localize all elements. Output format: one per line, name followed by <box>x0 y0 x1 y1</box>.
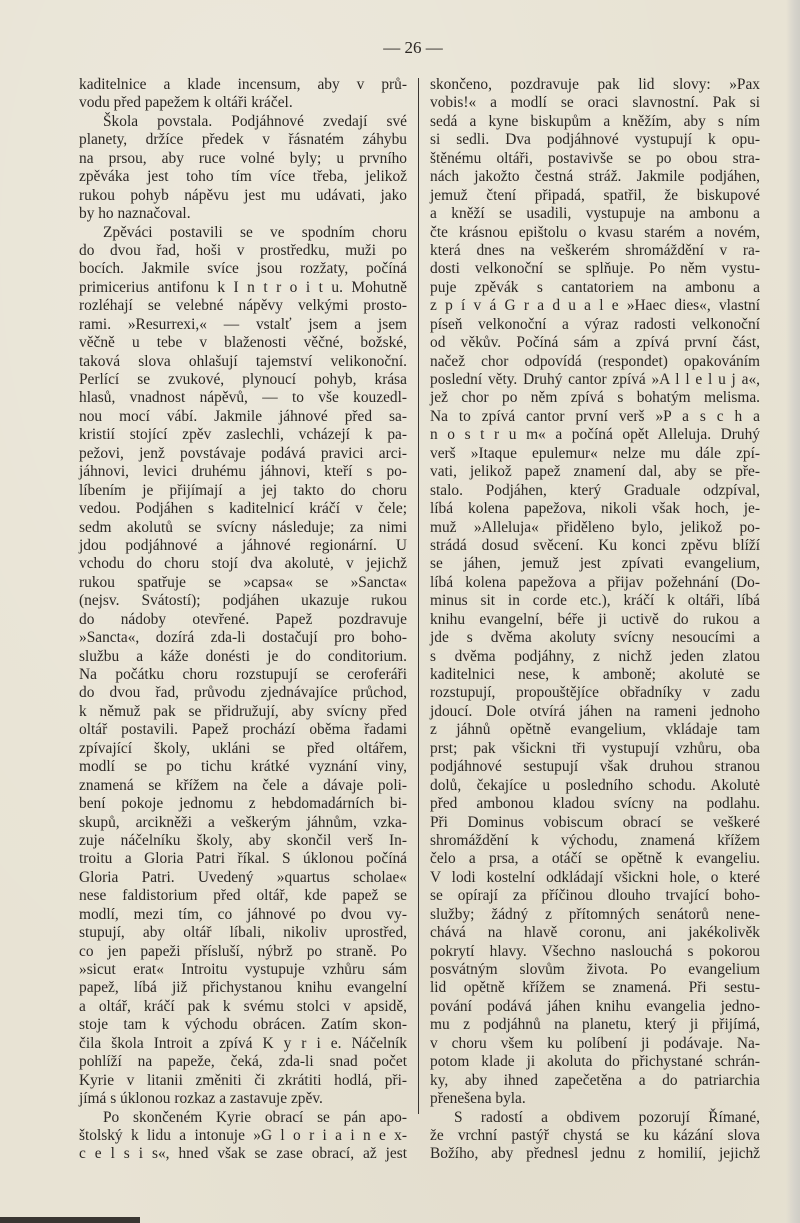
text-line: Po skončeném Kyrie obrací se pán apo- <box>79 1109 407 1127</box>
text-line: troitu a Gloria Patri říkal. S úklonou p… <box>79 850 407 868</box>
text-line: dolů, čekajíce u posledního schodu. Akol… <box>430 777 760 795</box>
text-line: potom klade ji akoluta do přichystané sc… <box>430 1053 760 1071</box>
text-line: zpěváka jest toho tím více třeba, jeliko… <box>79 168 407 186</box>
scanned-page: — 26 — kaditelnice a klade incensum, aby… <box>0 0 800 1223</box>
text-line: nou mocí vábí. Jakmile jáhnové před sa- <box>79 408 407 426</box>
text-line: modlí se po tichu krátké vyznání viny, <box>79 758 407 776</box>
text-line: Perlící se zvukové, plynoucí pohyb, krás… <box>79 371 407 389</box>
page-edge <box>786 0 800 1223</box>
text-line: V lodi kostelní odkládají všickni hole, … <box>430 869 760 887</box>
right-column: skončeno, pozdravuje pak lid slovy: »Pax… <box>430 76 760 1164</box>
text-line: shromáždění k východu, znamená křížem <box>430 832 760 850</box>
text-line: jáhnovi, levici druhému jáhnovi, kteří s… <box>79 463 407 481</box>
text-line: prst; pak všickni tři vystupují vzhůru, … <box>430 740 760 758</box>
text-line: do nádoby otevřené. Papež pozdravuje <box>79 611 407 629</box>
text-line: modlí, mezi tím, co jáhnové po dvou vy- <box>79 906 407 924</box>
text-line: přenešena byla. <box>430 1090 760 1108</box>
text-line: službu a káže donésti je do conditorium. <box>79 648 407 666</box>
text-line: chává na hlavě coronu, ani jakékolivěk <box>430 924 760 942</box>
text-line: verš »Itaque epulemur« nelze mu dále zpí… <box>430 445 760 463</box>
page-bottom-edge <box>0 1217 140 1223</box>
text-line: Při Dominus vobiscum obrací se veškeré <box>430 814 760 832</box>
text-line: stupují, aby oltář líbali, nikoliv upros… <box>79 924 407 942</box>
text-line: bocích. Jakmile svíce jsou rozžaty, počí… <box>79 260 407 278</box>
text-line: skupů, arcikněži a veškerým jáhnům, vzka… <box>79 814 407 832</box>
text-line: hlasů, vnadnost nápěvů, — to vše kouzedl… <box>79 389 407 407</box>
text-line: »sicut erat« Introitu vystupuje vzhůru s… <box>79 961 407 979</box>
text-line: n o s t r u m« a počíná opět Alleluja. D… <box>430 426 760 444</box>
text-line: štolský k lidu a intonuje »G l o r i a i… <box>79 1127 407 1145</box>
text-line: Gloria Patri. Uvedený »quartus scholae« <box>79 869 407 887</box>
text-line: ky, aby ihned zapečetěna a do patriarchi… <box>430 1072 760 1090</box>
text-line: sedá a kyne biskupům a kněžím, aby s ním <box>430 113 760 131</box>
text-line: jež chor po něm zpívá s bohatým melisma. <box>430 389 760 407</box>
text-line: líbá kolena papežova a přijav požehnání … <box>430 574 760 592</box>
text-line: do dvou řad, hoši v prostředku, muži po <box>79 242 407 260</box>
text-line: c e l s i s«, hned však se zase obrací, … <box>79 1145 407 1163</box>
text-line: jdoucí. Dole otvírá jáhen na rameni jedn… <box>430 703 760 721</box>
text-line: pování podává jáhen knihu evangelia jedn… <box>430 998 760 1016</box>
text-line: s dvěma podjáhny, z nichž jeden zlatou <box>430 648 760 666</box>
text-line: Zpěváci postavili se ve spodním choru <box>79 224 407 242</box>
text-line: muž »Alleluja« přiděleno bylo, jelikož p… <box>430 519 760 537</box>
text-line: S radostí a obdivem pozorují Římané, <box>430 1109 760 1127</box>
text-line: posvátným slovům života. Po evangelium <box>430 961 760 979</box>
text-line: stalo. Podjáhen, který Graduale odzpíval… <box>430 482 760 500</box>
text-line: mu z podjáhnů na planetu, který ji přijí… <box>430 1016 760 1034</box>
text-line: kaditelnici nese, k amboně; akolutė se <box>430 666 760 684</box>
text-line: jímá s úklonou rozkaz a zastavuje zpěv. <box>79 1090 407 1108</box>
text-line: rozléhají se velebné nápěvy velkými pros… <box>79 297 407 315</box>
text-line: lid opětně křížem se znamená. Při sestu- <box>430 979 760 997</box>
text-line: (nejsv. Svátostí); podjáhen ukazuje ruko… <box>79 592 407 610</box>
text-line: by ho naznačoval. <box>79 205 407 223</box>
text-line: puje zpěvák s cantatoriem na ambonu a <box>430 279 760 297</box>
text-line: poslední věty. Druhý cantor zpívá »A l l… <box>430 371 760 389</box>
text-line: co jen papeži přísluší, nýbrž po straně.… <box>79 943 407 961</box>
text-line: do dvou řad, průvodu zjednávajíce průcho… <box>79 684 407 702</box>
text-line: líbením je přijímají a jej takto do chor… <box>79 482 407 500</box>
text-line: kristií stojící zpěv zaslechli, vcházejí… <box>79 426 407 444</box>
text-line: kaditelnice a klade incensum, aby v prů- <box>79 76 407 94</box>
text-line: před ambonou kladou svícny na podlahu. <box>430 795 760 813</box>
text-line: z jáhnů opětně evangelium, vkládaje tam <box>430 721 760 739</box>
text-line: a oltář, kráčí pak k svému stolci v apsi… <box>79 998 407 1016</box>
text-line: líbá kolena papežova, nikoli však hoch, … <box>430 500 760 518</box>
text-line: planety, držíce předek v řásnatém záhybu <box>79 131 407 149</box>
text-line: skončeno, pozdravuje pak lid slovy: »Pax <box>430 76 760 94</box>
text-line: vchodu do choru stojí dva akolutė, v jej… <box>79 555 407 573</box>
text-line: rozstupují, propouštějíce obřadníky v za… <box>430 684 760 702</box>
text-line: nese faldistorium před oltář, kde papež … <box>79 887 407 905</box>
text-line: věčně u tebe v blaženosti věčné, božské, <box>79 334 407 352</box>
text-line: si sedli. Dva podjáhnové vystupují k opu… <box>430 131 760 149</box>
text-line: že vrchní pastýř chystá se ku kázání slo… <box>430 1127 760 1145</box>
text-line: jdou podjáhnové a jáhnové regionární. U <box>79 537 407 555</box>
text-line: primicerius antifonu k I n t r o i t u. … <box>79 279 407 297</box>
text-line: Božího, aby přednesl jednu z homilií, je… <box>430 1145 760 1163</box>
page-number: — 26 — <box>0 38 800 58</box>
text-line: Na počátku choru rozstupují se ceroferář… <box>79 666 407 684</box>
text-line: rukou spatřuje se »capsa« se »Sancta« <box>79 574 407 592</box>
text-line: Na to zpívá cantor první verš »P a s c h… <box>430 408 760 426</box>
text-line: pohlíží na papeže, čeká, zda-li snad poč… <box>79 1053 407 1071</box>
text-line: z p í v á G r a d u a l e »Haec dies«, v… <box>430 297 760 315</box>
text-line: která dnes na veškerém shromáždění v ra- <box>430 242 760 260</box>
left-column: kaditelnice a klade incensum, aby v prů-… <box>79 76 407 1164</box>
text-line: bení pokoje jednomu z hebdomadárních bi- <box>79 795 407 813</box>
text-line: v choru všem ku políbení ji podávaje. Na… <box>430 1035 760 1053</box>
text-line: stoje tam k východu obrácen. Zatím skon- <box>79 1016 407 1034</box>
text-line: k němuž pak se přidružují, aby svícny př… <box>79 703 407 721</box>
text-line: vodu před papežem k oltáři kráčel. <box>79 94 407 112</box>
text-line: taková slova ohlašují tajemství velikono… <box>79 353 407 371</box>
text-line: čelo a prsa, a otáčí se opětně k evangel… <box>430 850 760 868</box>
text-line: strádá dosud svěcení. Ku konci zpěvu blí… <box>430 537 760 555</box>
text-line: pežovi, jenž povstávaje podává pravici a… <box>79 445 407 463</box>
text-line: knihu evangelní, béře ji uctivě do rukou… <box>430 611 760 629</box>
text-line: Kyrie v litanii změniti či zkrátiti hodl… <box>79 1072 407 1090</box>
text-line: zpívající školy, ukláni se před oltářem, <box>79 740 407 758</box>
text-line: sedm akolutů se svícny následuje; za nim… <box>79 519 407 537</box>
text-line: štěnému oltáři, postavivše se po obou st… <box>430 150 760 168</box>
text-line: vobis!« a modlí se oraci slavnostní. Pak… <box>430 94 760 112</box>
text-line: čte krásnou epištolu o kvasu starém a no… <box>430 224 760 242</box>
text-line: píseň velkonoční a výraz radosti velkono… <box>430 316 760 334</box>
text-line: a kněží se usadili, vystupuje na ambonu … <box>430 205 760 223</box>
text-line: rukou pohyb nápěvu jest mu udávati, jako <box>79 187 407 205</box>
text-line: se opírají za příčinou dlouho trvající b… <box>430 887 760 905</box>
text-line: na prsou, aby ruce volné byly; u prvního <box>79 150 407 168</box>
text-line: pokrytí hlavy. Všechno naslouchá s pokor… <box>430 943 760 961</box>
text-line: jde s dvěma akoluty svícny nesoucími a <box>430 629 760 647</box>
text-line: znamená se křížem na čele a dávaje poli- <box>79 777 407 795</box>
text-line: dosti velkonoční se splňuje. Po něm vyst… <box>430 260 760 278</box>
text-line: rami. »Resurrexi,« — vstalť jsem a jsem <box>79 316 407 334</box>
text-line: zuje náčelníku školy, aby skončil verš I… <box>79 832 407 850</box>
text-line: nách jakožto čestná stráž. Jakmile podjá… <box>430 168 760 186</box>
text-line: podjáhnové sestupují však druhou stranou <box>430 758 760 776</box>
text-line: od věkův. Počíná sám a zpívá první část, <box>430 334 760 352</box>
text-line: vedou. Podjáhen s kaditelnicí kráčí v če… <box>79 500 407 518</box>
text-line: Škola povstala. Podjáhnové zvedají své <box>79 113 407 131</box>
text-line: načež chor odpovídá (respondet) opakován… <box>430 353 760 371</box>
text-line: čila škola Introit a zpívá K y r i e. Ná… <box>79 1035 407 1053</box>
text-line: »Sancta«, dozírá zda-li dostačují pro bo… <box>79 629 407 647</box>
text-line: jemuž čtení připadá, spatřil, že biskupo… <box>430 187 760 205</box>
text-line: se jáhen, jemuž jest zpívati evangelium, <box>430 555 760 573</box>
text-line: služby; žádný z přítomných senátorů nene… <box>430 906 760 924</box>
text-line: vati, jelikož papež znamení dal, aby se … <box>430 463 760 481</box>
text-line: minus sit in corde etc.), kráčí k oltáři… <box>430 592 760 610</box>
text-line: papež, líbá již přichystanou knihu evang… <box>79 979 407 997</box>
text-line: oltář postavili. Papež prochází oběma řa… <box>79 721 407 739</box>
column-divider <box>418 78 419 1114</box>
